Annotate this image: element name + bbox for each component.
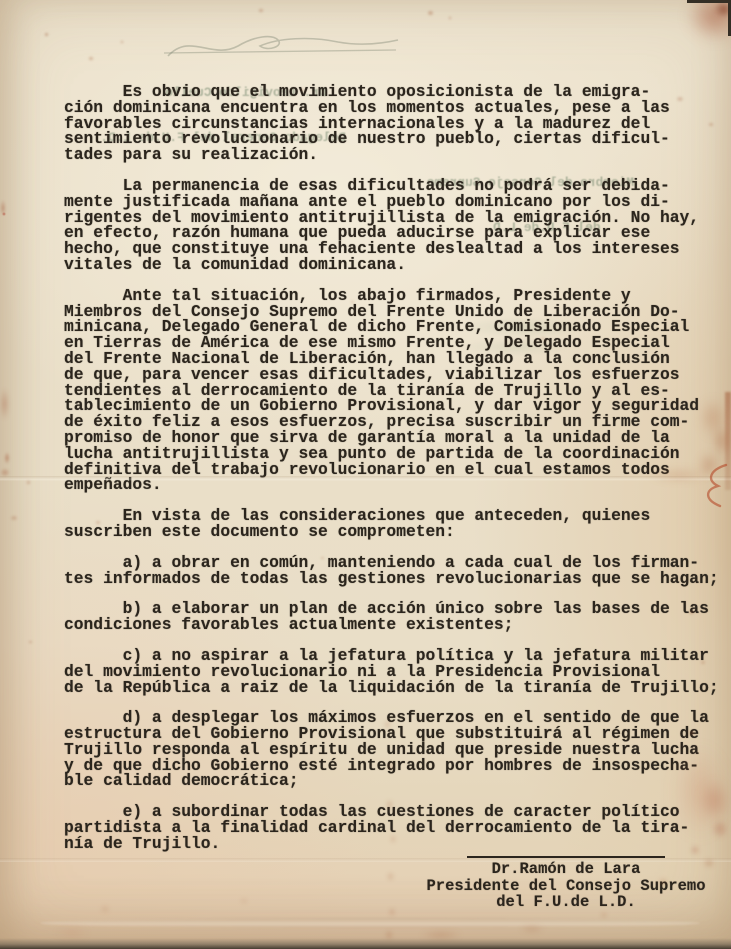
paragraph: Ante tal situación, los abajo firmados, … [64,288,712,493]
stain [4,452,10,464]
text-line: tes informados de todas las gestiones re… [64,571,712,587]
stain [258,8,264,13]
signatory-name: Dr.Ramón de Lara [420,861,712,878]
text-line: nía de Trujillo. [64,836,712,852]
stain [448,16,452,20]
scan-bottom-edge [0,938,731,949]
stain [427,10,434,16]
stain [712,820,728,838]
paragraph: En vista de las consideraciones que ante… [64,508,712,540]
text-line: tades para su realización. [64,147,712,163]
paragraph: La permanencia de esas dificultades no p… [64,178,712,273]
stain [56,928,88,938]
paragraph: d) a desplegar los máximos esfuerzos en … [64,710,712,789]
stain [28,640,33,644]
bottom-wrinkle [40,918,700,928]
stain [0,388,9,420]
text-line: de la República a raiz de la liquidación… [64,680,712,696]
stain [600,912,608,918]
stain [389,908,395,916]
stain [2,212,6,216]
stain [44,32,49,37]
signature-block: Dr.Ramón de Lara Presidente del Consejo … [420,856,712,911]
text-line: suscriben este documento se comprometen: [64,524,712,540]
scan-top-edge [687,0,731,3]
horizontal-fold-crease-bottom [0,858,731,862]
paragraph: e) a subordinar todas las cuestiones de … [64,804,712,851]
stain [240,898,248,904]
signatory-title: Presidente del Consejo Supremo [420,878,712,895]
stain [100,905,110,913]
signatory-org: del F.U.de L.D. [420,894,712,911]
paragraph: Es obvio que el movimiento oposicionista… [64,84,712,163]
paragraph: a) a obrar en común, manteniendo a cada … [64,555,712,587]
text-line: vitales de la comunidad dominicana. [64,257,712,273]
stain [10,515,18,521]
paragraph: c) a no aspirar a la jefatura política y… [64,648,712,695]
horizontal-fold-crease [0,476,731,481]
red-curl-mark-icon [698,462,730,510]
text-line: condiciones favorables actualmente exist… [64,617,712,633]
text-line: ble calidad democrática; [64,773,712,789]
stain [0,200,6,216]
stain [686,0,731,42]
stain [88,56,94,61]
paragraph: b) a elaborar un plan de acción único so… [64,601,712,633]
stain [387,872,394,881]
scanned-document-page: Dr. Leovigildo Cuello Delegado General d… [0,0,731,949]
stain [120,40,124,44]
